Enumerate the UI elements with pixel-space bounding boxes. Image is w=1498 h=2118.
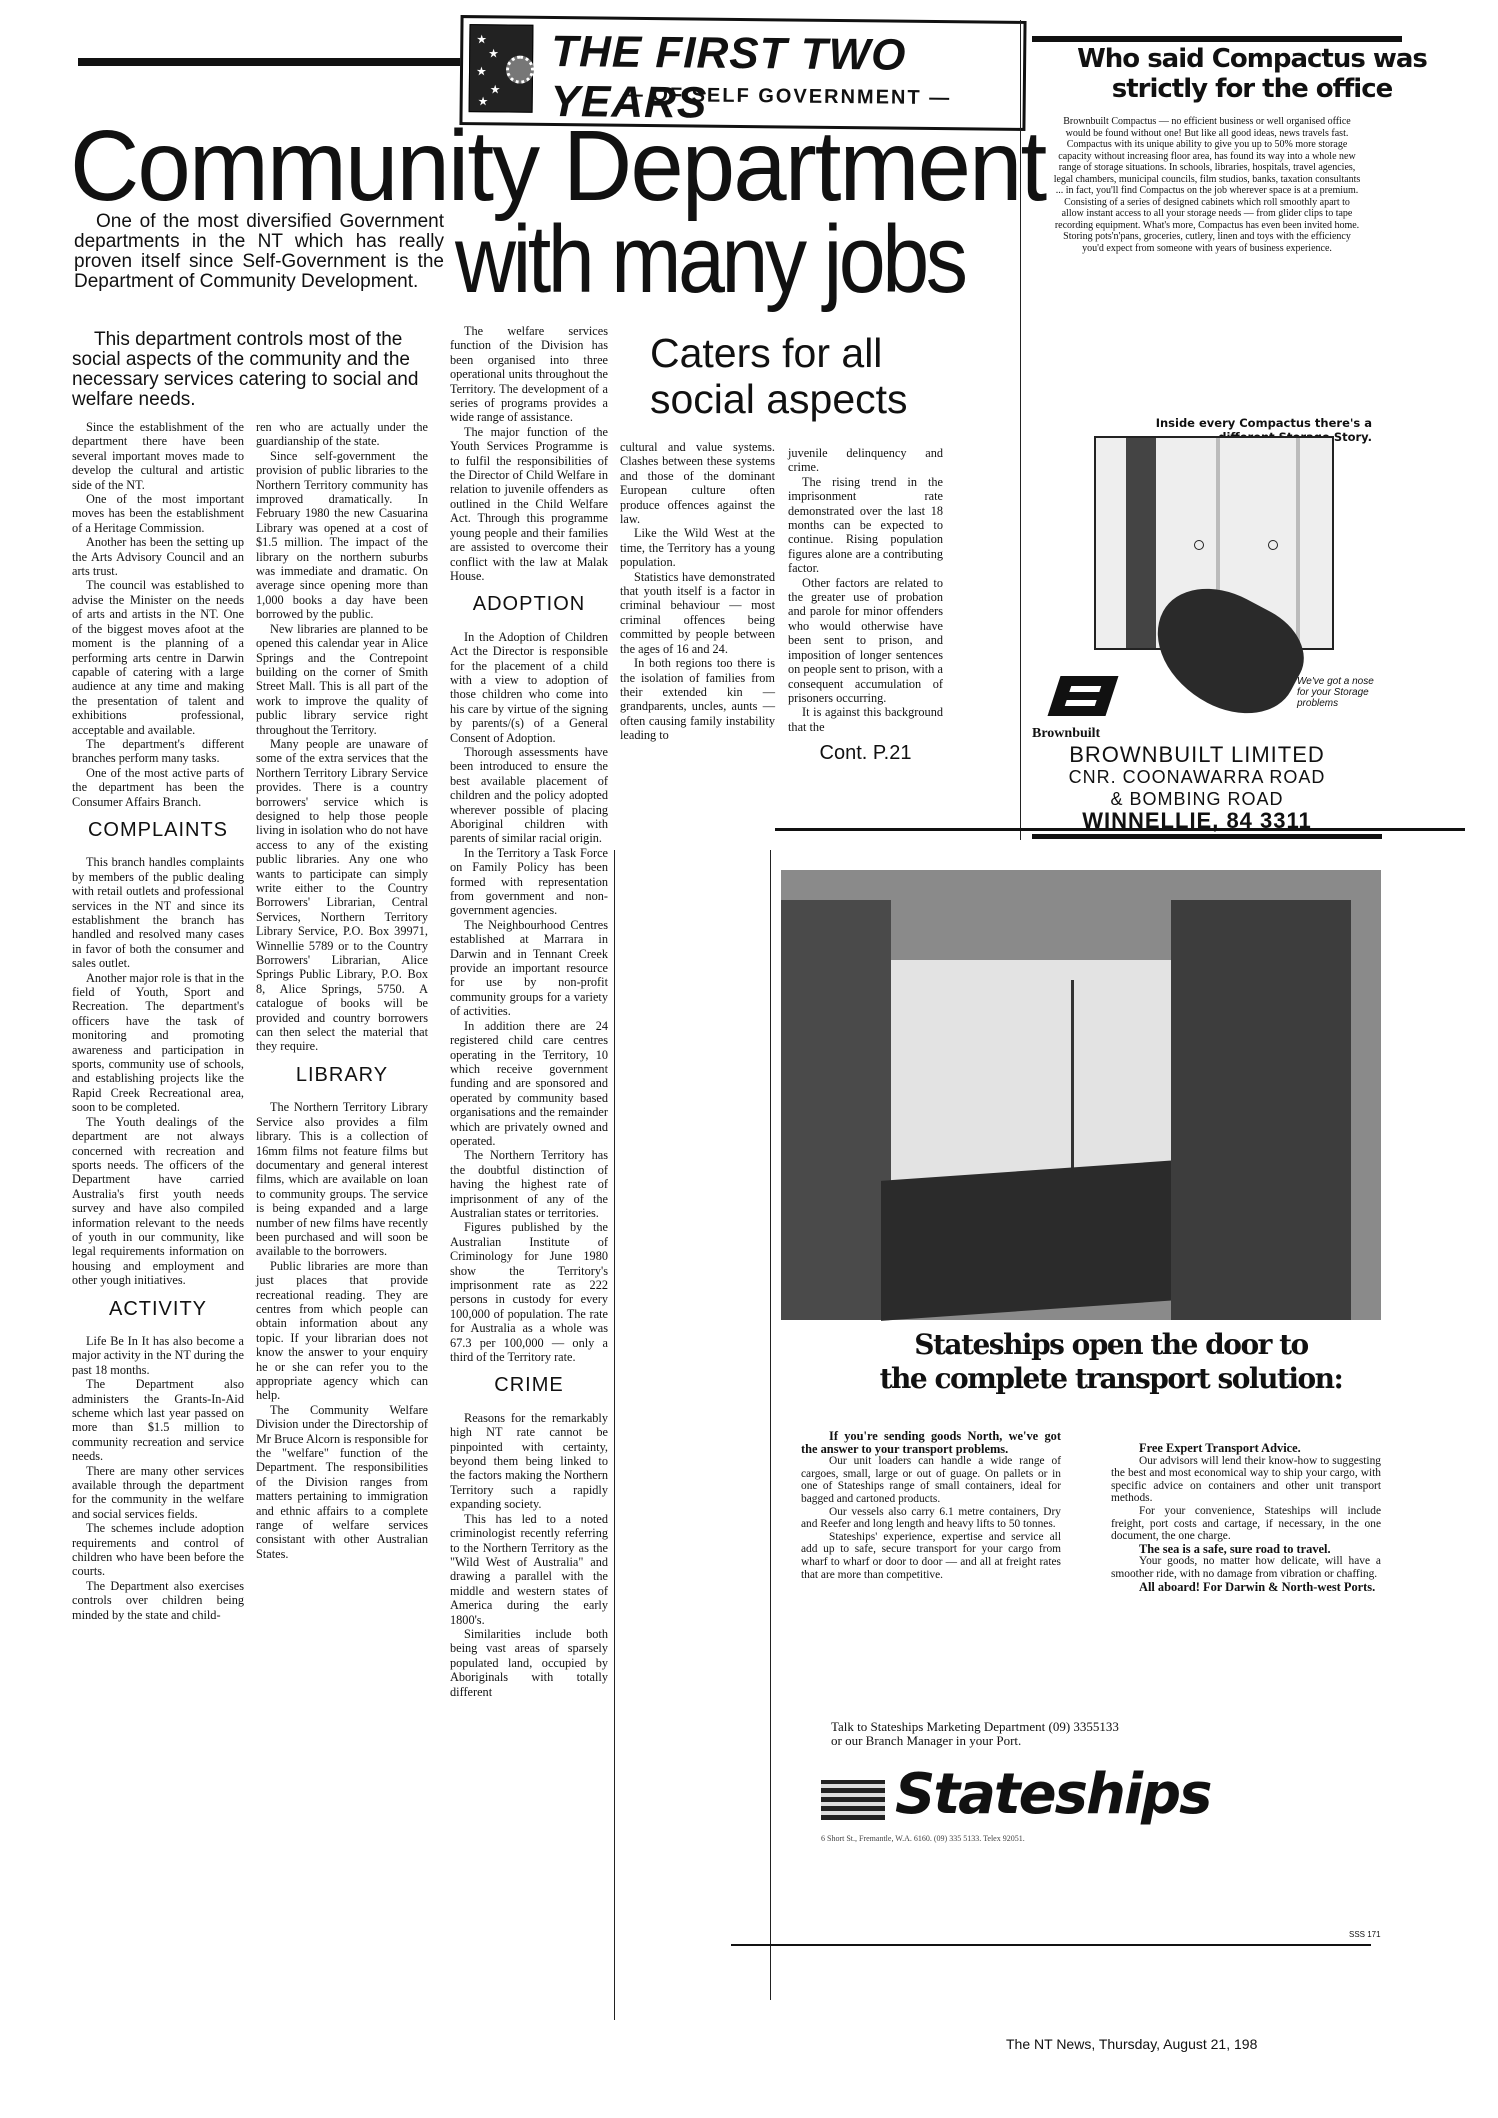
compactus-ad-title: Who said Compactus was strictly for the … — [1032, 44, 1472, 104]
stateships-emblem-icon — [821, 1780, 885, 1820]
compactus-ad-body: Brownbuilt Compactus — no efficient busi… — [1052, 116, 1362, 254]
section-heading-activity: ACTIVITY — [72, 1302, 244, 1316]
article-column-2: ren who are actually under the guardians… — [256, 420, 428, 1561]
stateships-left-copy: If you're sending goods North, we've got… — [801, 1430, 1061, 1581]
headline-line1: Community Department — [70, 116, 1045, 216]
stateships-contact: Talk to Stateships Marketing Department … — [831, 1720, 1119, 1748]
column-divider — [614, 850, 615, 2020]
section-heading-crime: CRIME — [450, 1378, 608, 1392]
subheadline: Caters for all social aspects — [650, 330, 970, 422]
stateships-right-copy: Free Expert Transport Advice. Our adviso… — [1111, 1442, 1381, 1593]
compactus-advertisement: Who said Compactus was strictly for the … — [1032, 36, 1472, 836]
stateships-advertisement: Stateships open the door to the complete… — [770, 850, 1471, 2000]
nose-caption: We've got a nose for your Storage proble… — [1297, 676, 1387, 709]
nt-flag-icon: ★ ★ ★ ★ ★ — [469, 24, 534, 113]
headline-line2: with many jobs — [455, 212, 964, 308]
intro-paragraph: This department controls most of the soc… — [72, 330, 442, 410]
brownbuilt-address: BROWNBUILT LIMITED CNR. COONAWARRA ROAD … — [1032, 744, 1362, 832]
article-column-1: Since the establishment of the departmen… — [72, 420, 244, 1622]
brownbuilt-brand: Brownbuilt — [1032, 726, 1100, 742]
stateships-headline: Stateships open the door to the complete… — [791, 1328, 1431, 1396]
article-column-3: The welfare services function of the Div… — [450, 324, 608, 1699]
page-dateline: The NT News, Thursday, August 21, 198 — [1006, 2036, 1257, 2052]
ship-through-doors-photo — [781, 870, 1381, 1320]
ad-code: SSS 171 — [1349, 1930, 1381, 1939]
brownbuilt-logo-icon — [1048, 676, 1119, 716]
stateships-address: 6 Short St., Fremantle, W.A. 6160. (09) … — [821, 1834, 1025, 1843]
section-heading-adoption: ADOPTION — [450, 597, 608, 611]
article-column-4: cultural and value systems. Clashes betw… — [620, 440, 775, 743]
top-rule — [78, 58, 468, 66]
continued-label: Cont. P.21 — [788, 746, 943, 760]
section-heading-library: LIBRARY — [256, 1068, 428, 1082]
ad-divider — [1020, 20, 1021, 840]
section-heading-complaints: COMPLAINTS — [72, 823, 244, 837]
article-column-5: juvenile delinquency and crime. The risi… — [788, 446, 943, 761]
stateships-logo: Stateships — [895, 1762, 1210, 1827]
standfirst: One of the most diversified Government d… — [74, 212, 444, 292]
banner-subtitle: — OF SELF GOVERNMENT — — [623, 84, 952, 110]
